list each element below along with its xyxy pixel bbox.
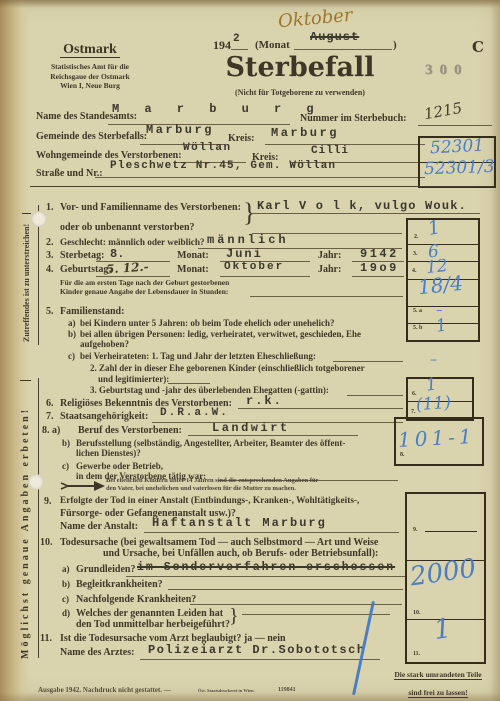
stat-label-4: 4. [412, 268, 417, 274]
q4-note-line2: Kinder genaue Angabe der Lebensdauer in … [60, 287, 228, 296]
q1-label: Vor- und Familienname des Verstorbenen: [60, 202, 241, 213]
q8-arrow-note-line1: Bei ehelichen Kindern unter 14 Jahren si… [106, 477, 318, 484]
code-box-value-2: 52301/3 [424, 157, 495, 179]
month-close-paren: ) [393, 39, 397, 51]
standesamt-value: M a r b u r g [112, 102, 323, 116]
stat-box1-divider-4 [408, 306, 478, 307]
q8-number: 8. a) [42, 425, 60, 436]
office-line-2: Reichsgaue der Ostmark [30, 72, 150, 82]
keep-free-line2: sind frei zu lassen! [408, 688, 467, 698]
q10d-blank [242, 614, 390, 615]
stat-label-3: 3. [413, 251, 418, 257]
q4-month-typed: Oktober [224, 261, 284, 273]
q3-month-typed: Juni [226, 247, 263, 261]
q2-label: Geschlecht: männlich oder weiblich? [60, 237, 205, 247]
q6-religion-typed: r.k. [246, 394, 283, 408]
q10a-cause-typed-struck: im Sonderverfahren erschossen [137, 561, 395, 574]
month-handwritten-correction: Oktober [277, 5, 353, 32]
q4-month-label: Monat: [177, 264, 209, 275]
q5c3-blank [347, 395, 403, 396]
wohngemeinde-value: Wöllan [183, 142, 232, 154]
q2-number: 2. [46, 237, 54, 248]
q1-blank [253, 213, 480, 214]
gemeinde-value: Marburg [146, 123, 214, 137]
q8b-tag: b) [62, 438, 70, 448]
q10b-label: Begleitkrankheiten? [76, 579, 163, 590]
month-blank-line [294, 49, 392, 50]
q5-number: 5. [46, 306, 54, 317]
month-typed-struck: August [310, 30, 359, 44]
q4-year-label: Jahr: [318, 264, 341, 275]
footer-edition: Ausgabe 1942. Nachdruck nicht gestattet.… [38, 686, 171, 694]
q5c2-blank [168, 383, 210, 384]
footer-serial: 119841 [278, 687, 296, 693]
kreis1-label: Kreis: [228, 133, 254, 144]
region-name: Ostmark [60, 42, 120, 58]
q4-note-line1: Für die am ersten Tage nach der Geburt g… [60, 278, 229, 287]
q1-number: 1. [46, 202, 54, 213]
q8c-tag: c) [62, 461, 69, 471]
stat-loose-dash: – [430, 352, 437, 368]
q9-institution-typed: Haftanstalt Marburg [152, 516, 327, 530]
q11-arzt-label: Name des Arztes: [60, 647, 134, 658]
q9-anstalt-label: Name der Anstalt: [60, 521, 138, 532]
kreis2-value: Cilli [311, 145, 349, 157]
stat-label-11: 11. [413, 651, 420, 657]
strasse-label: Straße und Nr.: [36, 168, 103, 179]
q10a-blank [126, 576, 405, 577]
q10-text-line1: Todesursache (bei gewaltsamem Tod — auch… [60, 537, 378, 548]
q5c2-text-b: und legitimierter): [98, 374, 169, 384]
q4-label: Geburtstag: [60, 264, 112, 275]
q10d-text-line2: den Tod unmittelbar herbeigeführt? [76, 619, 230, 630]
paper-right-edge [490, 0, 500, 701]
stat-label-10: 10. [413, 610, 421, 616]
office-line-1: Statistisches Amt für die [30, 62, 150, 72]
q10-text-line2: und Ursache, bei Unfällen auch, ob Beruf… [103, 548, 378, 559]
q2-sex-typed: männlich [207, 233, 289, 247]
stat-box1-divider-1 [408, 244, 478, 245]
q5a-tag: a) [68, 318, 76, 328]
q8b-text-line1: Berufsstellung (selbständig, Angestellte… [76, 438, 345, 448]
sterbebuch-blank [418, 125, 492, 126]
arrow-icon [60, 480, 106, 492]
q10d-brace: } [229, 605, 239, 628]
sterbefall-death-record-form: Ostmark Statistisches Amt für die Reichs… [0, 0, 500, 701]
q3-number: 3. [46, 250, 54, 261]
issuing-office-block: Ostmark Statistisches Amt für die Reichs… [30, 40, 150, 91]
stat-label-7: 7. [411, 409, 416, 415]
strasse-blank [95, 177, 425, 178]
q3-year-typed: 9142 [360, 247, 399, 261]
series-mark: C [472, 38, 484, 56]
stat-label-5b: 5. b [413, 325, 422, 331]
q9-number: 9. [44, 496, 52, 507]
stat-label-8: 8. [400, 452, 405, 458]
q8a-occupation-typed: Landwirt [212, 421, 290, 435]
strasse-value: Pleschwetz Nr.45, Gem. Wöllan [110, 160, 336, 172]
q5-label: Familienstand: [60, 306, 124, 317]
year-prefix: 194 [213, 38, 231, 53]
q4-day-blank [96, 276, 170, 277]
year-digit-typed: 2 [233, 33, 240, 45]
q8-arrow-note-line2: den Vater, bei unehelichen und vaterlose… [106, 485, 296, 492]
sterbebuch-label: Nummer im Sterbebuch: [300, 113, 406, 124]
stat-label-2: 2. [414, 234, 419, 240]
q3-year-label: Jahr: [318, 250, 341, 261]
q8a-blank [188, 435, 358, 436]
q5b-text-line2: aufgehoben? [80, 339, 129, 349]
stat-value-7: (11) [415, 393, 451, 415]
q9-blank [144, 532, 399, 533]
keep-free-note: Die stark umrandeten Teile sind frei zu … [390, 664, 486, 700]
paper-top-edge [0, 0, 500, 8]
q4-month-blank [220, 276, 310, 277]
q5b-tag: b) [68, 329, 76, 339]
q10c-tag: c) [62, 594, 69, 604]
month-open-paren: (Monat [255, 39, 290, 51]
form-subtitle: (Nicht für Totgeborene zu verwenden) [195, 88, 405, 97]
q10b-tag: b) [62, 579, 70, 589]
q1-name-typed: Karl V o l k, vulgo Wouk. [257, 199, 467, 213]
q8b-text-line2: lichen Dienstes)? [76, 448, 141, 458]
keep-free-line1: Die stark umrandeten Teile [394, 670, 481, 680]
q9-text-line1: Erfolgte der Tod in einer Anstalt (Entbi… [60, 496, 359, 506]
punch-hole-bottom [28, 474, 44, 490]
q8c-text-line1: Gewerbe oder Betrieb, [76, 461, 163, 471]
stat-value-8: 101-1 [397, 424, 476, 452]
q5c-tag: c) [68, 351, 75, 361]
q4-number: 4. [46, 264, 54, 275]
q11-blank [140, 659, 380, 660]
q5b-text-line1: bei allen übrigen Personen: ledig, verhe… [80, 329, 361, 339]
q5c2-text-a: 2. Zahl der in dieser Ehe geborenen Kind… [90, 363, 365, 373]
stat-label-5a: 5. a [413, 308, 422, 314]
q5c1-blank [333, 361, 403, 362]
margin-note-accuracy-request: Möglichst genaue Angaben erbeten! [20, 380, 31, 659]
sterbebuch-number-handwritten: 1215 [423, 99, 464, 123]
q4-year-blank [352, 276, 404, 277]
q11-physician-typed: Polizeiarzt Dr.Sobototsch [148, 643, 366, 657]
stat-label-9: 9. [413, 527, 418, 533]
margin-note-underline-instruction: Zutreffendes ist zu unterstreichen! [22, 213, 31, 342]
q10d-tag: d) [62, 608, 70, 618]
q4-year-typed: 19o9 [360, 261, 399, 275]
q7-number: 7. [46, 411, 54, 422]
q11-number: 11. [40, 633, 52, 644]
q7-nationality-typed: D.R.a.W. [160, 407, 229, 419]
gemeinde-label: Gemeinde des Sterbefalls: [36, 131, 147, 142]
q5a-text: bei Kindern unter 5 Jahren: ob beim Tode… [80, 318, 335, 328]
q10-number: 10. [40, 537, 53, 548]
footer-printer: Öst. Staatsdruckerei in Wien. [198, 688, 255, 693]
kreis1-value: Marburg [271, 126, 339, 140]
q6-number: 6. [46, 398, 54, 409]
office-line-3: Wien I, Neue Burg [30, 81, 150, 91]
q10b-blank [168, 589, 403, 590]
code-box-value-1: 52301 [430, 136, 485, 159]
q10c-label: Nachfolgende Krankheiten? [76, 594, 196, 605]
punch-hole-top [31, 211, 47, 227]
q7-label: Staatsangehörigkeit: [60, 411, 148, 422]
q3-label: Sterbetag: [60, 250, 104, 261]
q4-hours-blank [250, 296, 403, 297]
q5c-text-line1: bei Verheirateten: 1. Tag und Jahr der l… [80, 351, 316, 361]
q3-month-label: Monat: [177, 250, 209, 261]
year-blank-line [231, 49, 248, 50]
q1-alt-label: oder ob unbenannt verstorben? [60, 222, 195, 233]
q4-day-handwritten: 5. 12.- [106, 260, 149, 277]
serial-stamp-number: 300 [425, 62, 469, 79]
q3-day-typed: 8. [110, 247, 124, 261]
form-title: Sterbefall [195, 52, 405, 83]
margin-rule-bottom [38, 378, 39, 658]
q10a-label: Grundleiden? [76, 564, 135, 575]
section-divider [30, 186, 492, 187]
q8a-label: Beruf des Verstorbenen: [78, 425, 182, 436]
q10d-text-line1: Welches der genannten Leiden hat [76, 608, 223, 619]
stat-value-4b: 18/4 [417, 271, 464, 300]
q5c3-text: 3. Geburtstag und -jahr des überlebenden… [90, 385, 329, 395]
q6-blank [238, 408, 403, 409]
stat-9-label-line [425, 531, 477, 532]
q10a-tag: a) [62, 564, 70, 574]
